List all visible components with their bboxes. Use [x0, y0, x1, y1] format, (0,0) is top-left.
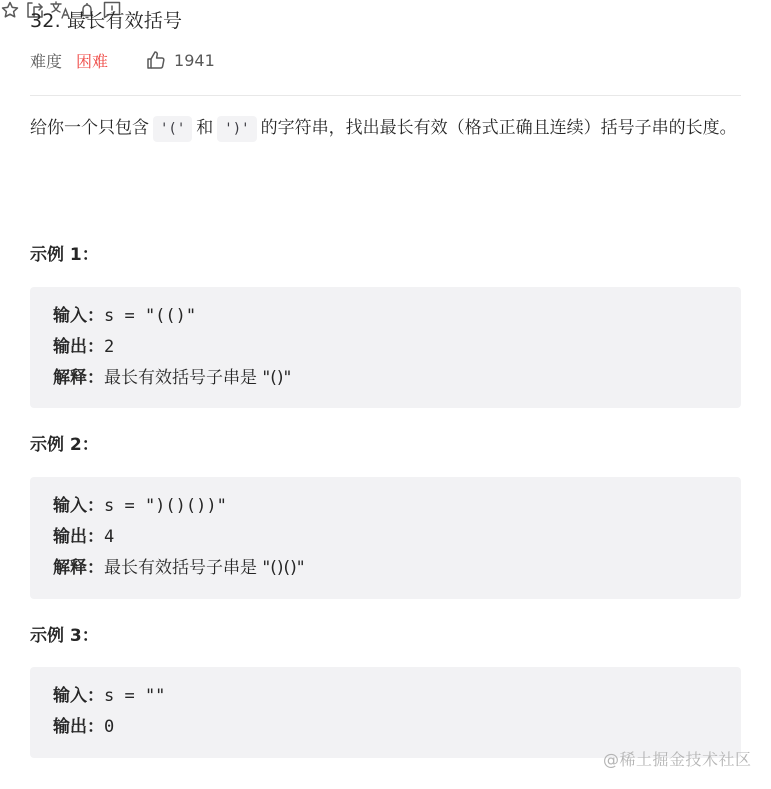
- input-label: 输入：: [53, 496, 104, 516]
- output-label: 输出：: [53, 527, 104, 547]
- desc-text: 的字符串，找出最长有效（格式正确且连续）括号子串的长度。: [261, 118, 737, 138]
- example-3-title: 示例 3：: [30, 621, 99, 646]
- like-button[interactable]: 1941: [146, 50, 215, 70]
- example-3-block: 输入：s = "" 输出：0: [30, 667, 741, 758]
- input-label: 输入：: [53, 306, 104, 326]
- favorite-button[interactable]: [0, 5, 25, 24]
- example-output-row: 输出：0: [53, 712, 741, 743]
- explain-value: 最长有效括号子串是 "()": [104, 368, 291, 388]
- desc-text: 给你一个只包含: [30, 118, 149, 138]
- problem-title: 32. 最长有效括号: [30, 6, 182, 33]
- watermark: @稀土掘金技术社区: [603, 747, 752, 770]
- input-value: s = "(()": [104, 306, 196, 326]
- example-explain-row: 解释：最长有效括号子串是 "()": [53, 363, 741, 394]
- explain-label: 解释：: [53, 558, 104, 578]
- explain-value: 最长有效括号子串是 "()()": [104, 558, 305, 578]
- inline-code-open-paren: '(': [153, 116, 192, 142]
- header-divider: [30, 95, 741, 96]
- explain-label: 解释：: [53, 368, 104, 388]
- example-input-row: 输入：s = "": [53, 681, 741, 712]
- inline-code-close-paren: ')': [217, 116, 256, 142]
- desc-text: 和: [196, 118, 213, 138]
- input-value: s = ")()())": [104, 496, 227, 516]
- example-output-row: 输出：4: [53, 522, 741, 553]
- like-count: 1941: [174, 51, 215, 70]
- difficulty-label: 难度: [30, 49, 62, 72]
- star-icon: [0, 0, 20, 20]
- input-label: 输入：: [53, 686, 104, 706]
- output-value: 0: [104, 717, 114, 737]
- difficulty-value: 困难: [76, 49, 108, 72]
- example-input-row: 输入：s = ")()())": [53, 491, 741, 522]
- example-input-row: 输入：s = "(()": [53, 301, 741, 332]
- thumbs-up-icon: [146, 50, 166, 70]
- output-value: 4: [104, 527, 114, 547]
- problem-meta-bar: 难度 困难 1941: [30, 47, 215, 73]
- output-value: 2: [104, 337, 114, 357]
- example-2-block: 输入：s = ")()())" 输出：4 解释：最长有效括号子串是 "()()": [30, 477, 741, 599]
- output-label: 输出：: [53, 337, 104, 357]
- problem-description: 给你一个只包含'('和')'的字符串，找出最长有效（格式正确且连续）括号子串的长…: [30, 114, 742, 143]
- example-2-title: 示例 2：: [30, 430, 99, 455]
- example-explain-row: 解释：最长有效括号子串是 "()()": [53, 553, 741, 584]
- example-1-block: 输入：s = "(()" 输出：2 解释：最长有效括号子串是 "()": [30, 287, 741, 408]
- output-label: 输出：: [53, 717, 104, 737]
- input-value: s = "": [104, 686, 165, 706]
- example-output-row: 输出：2: [53, 332, 741, 363]
- example-1-title: 示例 1：: [30, 240, 99, 265]
